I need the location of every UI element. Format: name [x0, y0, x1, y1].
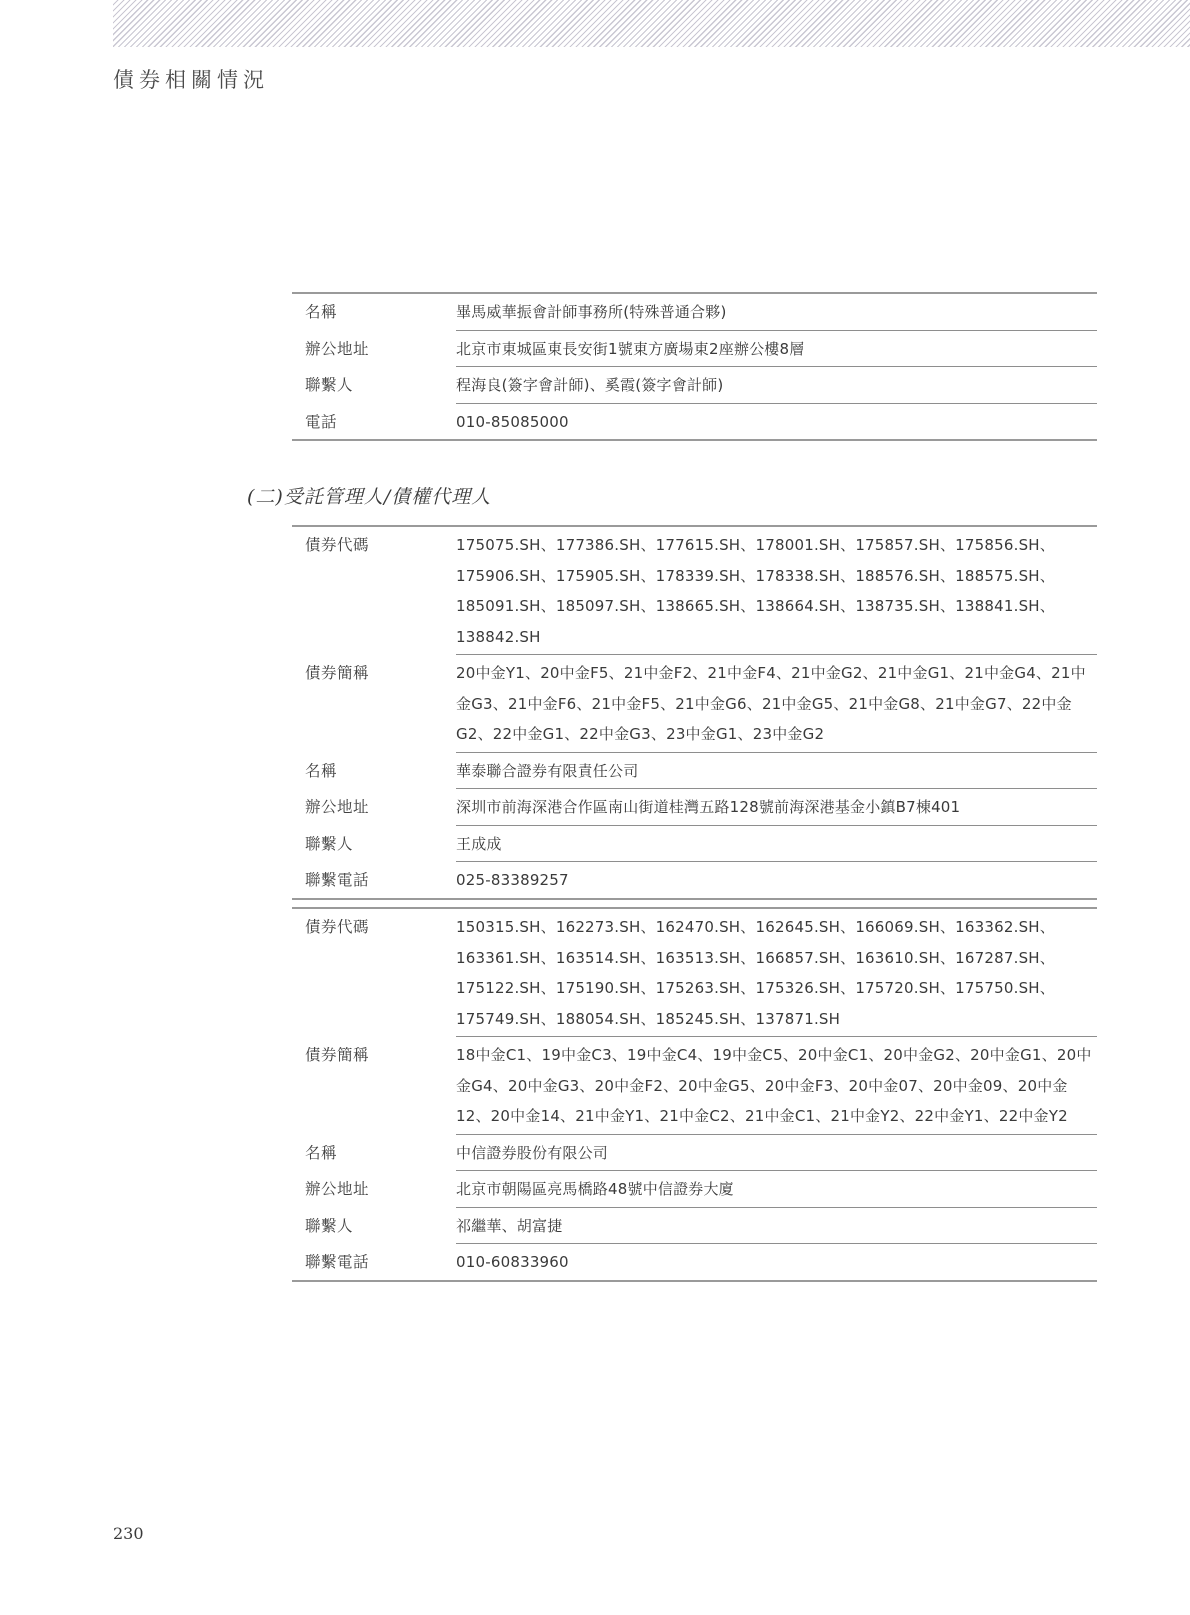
row-value: 025-83389257 [456, 862, 1097, 898]
row-value: 010-85085000 [456, 404, 1097, 440]
row-label: 名稱 [292, 1135, 456, 1172]
row-value: 祁繼華、胡富捷 [456, 1208, 1097, 1245]
row-label: 聯繫電話 [292, 862, 456, 898]
table-row: 債券簡稱 20中金Y1、20中金F5、21中金F2、21中金F4、21中金G2、… [292, 655, 1097, 753]
row-value: 中信證券股份有限公司 [456, 1135, 1097, 1172]
row-value: 18中金C1、19中金C3、19中金C4、19中金C5、20中金C1、20中金G… [456, 1037, 1097, 1135]
row-label: 聯繫人 [292, 1208, 456, 1245]
decorative-hatch-band [113, 0, 1190, 47]
trustee-info-table-2: 債券代碼 150315.SH、162273.SH、162470.SH、16264… [292, 907, 1097, 1282]
row-value: 畢馬威華振會計師事務所(特殊普通合夥) [456, 294, 1097, 331]
row-label: 辦公地址 [292, 789, 456, 826]
page-number: 230 [113, 1524, 144, 1543]
table-row: 辦公地址 北京市朝陽區亮馬橋路48號中信證券大廈 [292, 1171, 1097, 1208]
row-value: 150315.SH、162273.SH、162470.SH、162645.SH、… [456, 909, 1097, 1037]
row-label: 聯繫電話 [292, 1244, 456, 1280]
table-row: 債券代碼 150315.SH、162273.SH、162470.SH、16264… [292, 909, 1097, 1037]
table-row: 辦公地址 北京市東城區東長安街1號東方廣場東2座辦公樓8層 [292, 331, 1097, 368]
table-row: 債券簡稱 18中金C1、19中金C3、19中金C4、19中金C5、20中金C1、… [292, 1037, 1097, 1135]
trustee-info-table-1: 債券代碼 175075.SH、177386.SH、177615.SH、17800… [292, 525, 1097, 900]
table-row: 聯繫人 祁繼華、胡富捷 [292, 1208, 1097, 1245]
row-label: 電話 [292, 404, 456, 440]
row-value: 華泰聯合證券有限責任公司 [456, 753, 1097, 790]
row-label: 債券簡稱 [292, 1037, 456, 1135]
table-row: 辦公地址 深圳市前海深港合作區南山街道桂灣五路128號前海深港基金小鎮B7棟40… [292, 789, 1097, 826]
row-value: 深圳市前海深港合作區南山街道桂灣五路128號前海深港基金小鎮B7棟401 [456, 789, 1097, 826]
row-label: 辦公地址 [292, 331, 456, 368]
table-row: 債券代碼 175075.SH、177386.SH、177615.SH、17800… [292, 527, 1097, 655]
row-value: 北京市朝陽區亮馬橋路48號中信證券大廈 [456, 1171, 1097, 1208]
table-row: 聯繫電話 010-60833960 [292, 1244, 1097, 1280]
row-value: 程海良(簽字會計師)、奚霞(簽字會計師) [456, 367, 1097, 404]
page-header-title: 債券相關情況 [113, 64, 269, 94]
row-label: 債券代碼 [292, 909, 456, 1037]
row-label: 名稱 [292, 294, 456, 331]
table-row: 聯繫人 程海良(簽字會計師)、奚霞(簽字會計師) [292, 367, 1097, 404]
table-row: 聯繫人 王成成 [292, 826, 1097, 863]
row-value: 010-60833960 [456, 1244, 1097, 1280]
section-title: (二)受託管理人/債權代理人 [247, 482, 491, 509]
row-value: 175075.SH、177386.SH、177615.SH、178001.SH、… [456, 527, 1097, 655]
table-row: 名稱 中信證券股份有限公司 [292, 1135, 1097, 1172]
table-row: 電話 010-85085000 [292, 404, 1097, 440]
row-label: 名稱 [292, 753, 456, 790]
row-label: 債券簡稱 [292, 655, 456, 753]
table-row: 名稱 畢馬威華振會計師事務所(特殊普通合夥) [292, 294, 1097, 331]
row-label: 聯繫人 [292, 367, 456, 404]
row-value: 北京市東城區東長安街1號東方廣場東2座辦公樓8層 [456, 331, 1097, 368]
table-row: 聯繫電話 025-83389257 [292, 862, 1097, 898]
table-row: 名稱 華泰聯合證券有限責任公司 [292, 753, 1097, 790]
row-label: 辦公地址 [292, 1171, 456, 1208]
row-label: 債券代碼 [292, 527, 456, 655]
row-value: 王成成 [456, 826, 1097, 863]
row-label: 聯繫人 [292, 826, 456, 863]
auditor-info-table: 名稱 畢馬威華振會計師事務所(特殊普通合夥) 辦公地址 北京市東城區東長安街1號… [292, 292, 1097, 441]
row-value: 20中金Y1、20中金F5、21中金F2、21中金F4、21中金G2、21中金G… [456, 655, 1097, 753]
